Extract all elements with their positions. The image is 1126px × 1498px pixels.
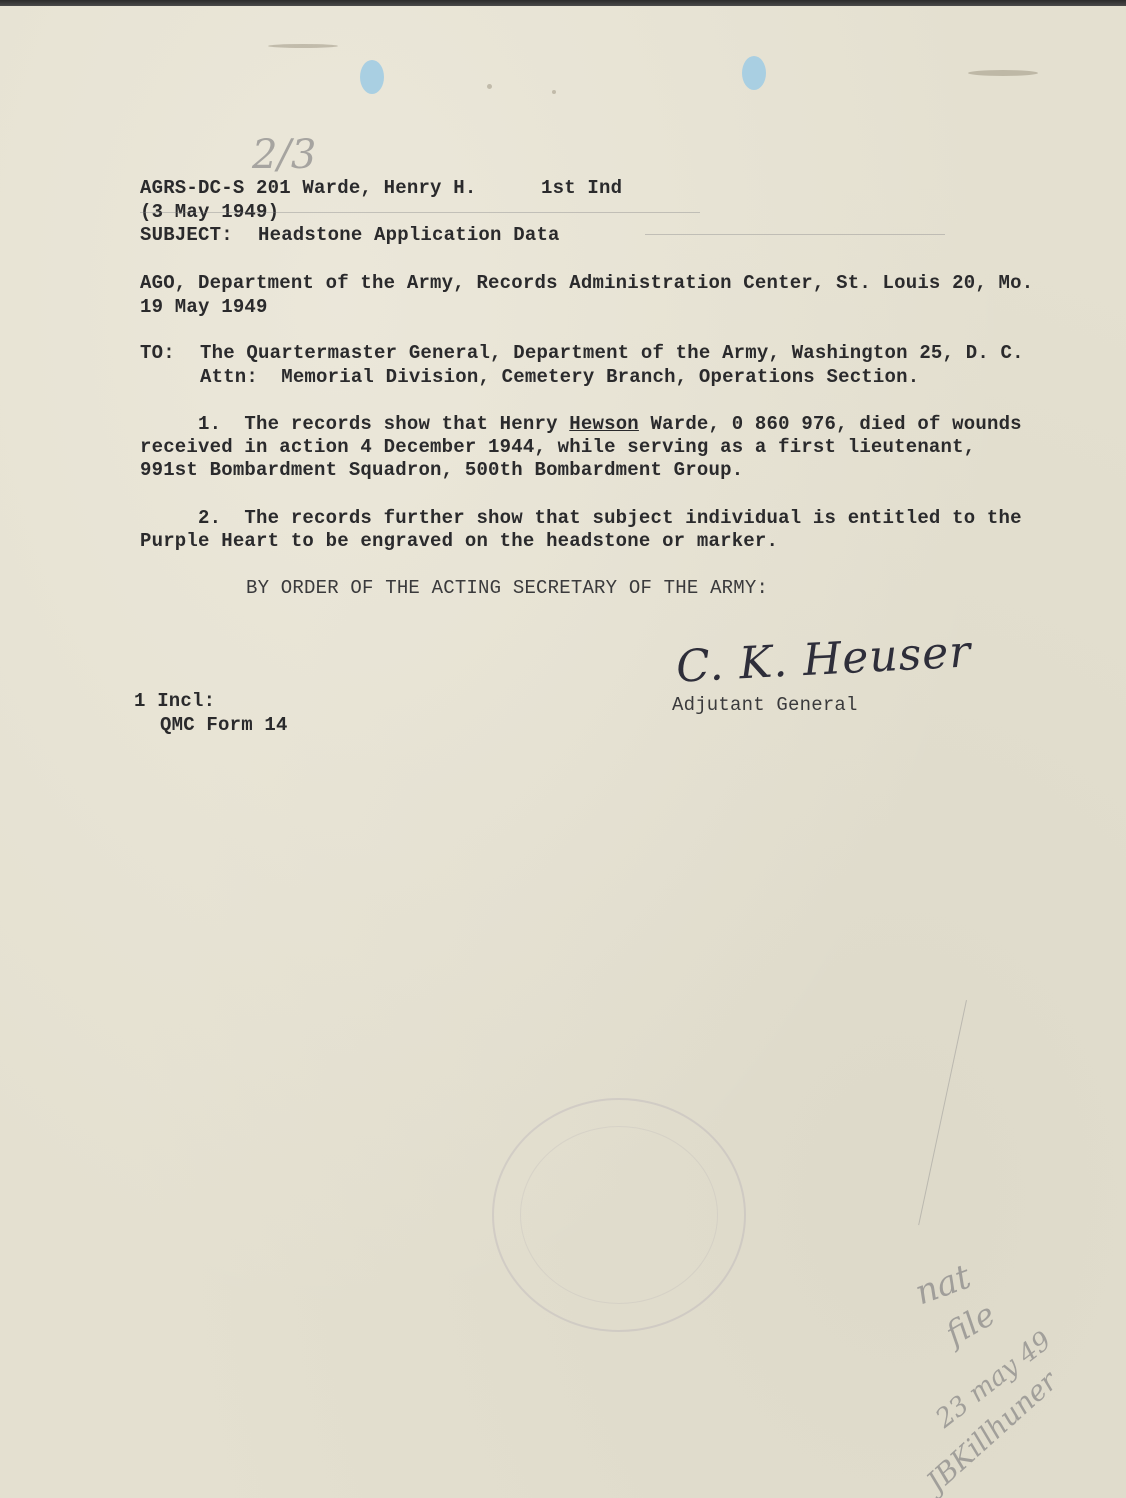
signature: C. K. Heuser — [675, 626, 973, 692]
paragraph-2-line-2: Purple Heart to be engraved on the heads… — [140, 530, 778, 553]
authority-line: BY ORDER OF THE ACTING SECRETARY OF THE … — [246, 577, 768, 600]
enclosure-label: 1 Incl: — [134, 690, 215, 713]
pencil-line — [645, 234, 945, 235]
signatory-title: Adjutant General — [672, 694, 858, 717]
spot — [487, 84, 492, 89]
pencil-page-number: 2/3 — [252, 132, 316, 178]
paragraph-1-line-1: 1. The records show that Henry Hewson Wa… — [140, 413, 1022, 436]
subject-label: SUBJECT: — [140, 224, 233, 247]
middle-name-underlined: Hewson — [569, 413, 639, 435]
punch-hole-left — [360, 60, 384, 94]
document-page: 2/3 AGRS-DC-S 201 Warde, Henry H. 1st In… — [0, 0, 1126, 1498]
subject-text: Headstone Application Data — [258, 224, 560, 247]
from-office: AGO, Department of the Army, Records Adm… — [140, 272, 1033, 295]
spot — [552, 90, 556, 94]
faint-received-stamp — [492, 1098, 746, 1332]
pencil-stroke-long — [918, 1000, 967, 1225]
pencil-line — [140, 212, 700, 213]
punch-hole-right — [742, 56, 766, 90]
file-reference: AGRS-DC-S 201 Warde, Henry H. — [140, 177, 476, 200]
to-recipient: The Quartermaster General, Department of… — [200, 342, 1024, 365]
scan-top-edge — [0, 0, 1126, 6]
staple-mark-left — [268, 44, 338, 48]
paragraph-2-line-1: 2. The records further show that subject… — [140, 507, 1022, 530]
indorsement-label: 1st Ind — [541, 177, 622, 200]
from-date: 19 May 1949 — [140, 296, 268, 319]
paragraph-1-line-2: received in action 4 December 1944, whil… — [140, 436, 975, 459]
enclosure-item: QMC Form 14 — [160, 714, 288, 737]
staple-mark-right — [968, 70, 1038, 76]
to-attention: Attn: Memorial Division, Cemetery Branch… — [200, 366, 919, 389]
handwritten-filing-note: nat file 23 may 49 JBKillhuner — [905, 1245, 1115, 1485]
to-label: TO: — [140, 342, 175, 365]
para1-text-post: Warde, 0 860 976, died of wounds — [639, 413, 1022, 435]
paragraph-1-line-3: 991st Bombardment Squadron, 500th Bombar… — [140, 459, 743, 482]
stamp-inner-ring — [520, 1126, 718, 1304]
para1-text-pre: 1. The records show that Henry — [140, 413, 569, 435]
